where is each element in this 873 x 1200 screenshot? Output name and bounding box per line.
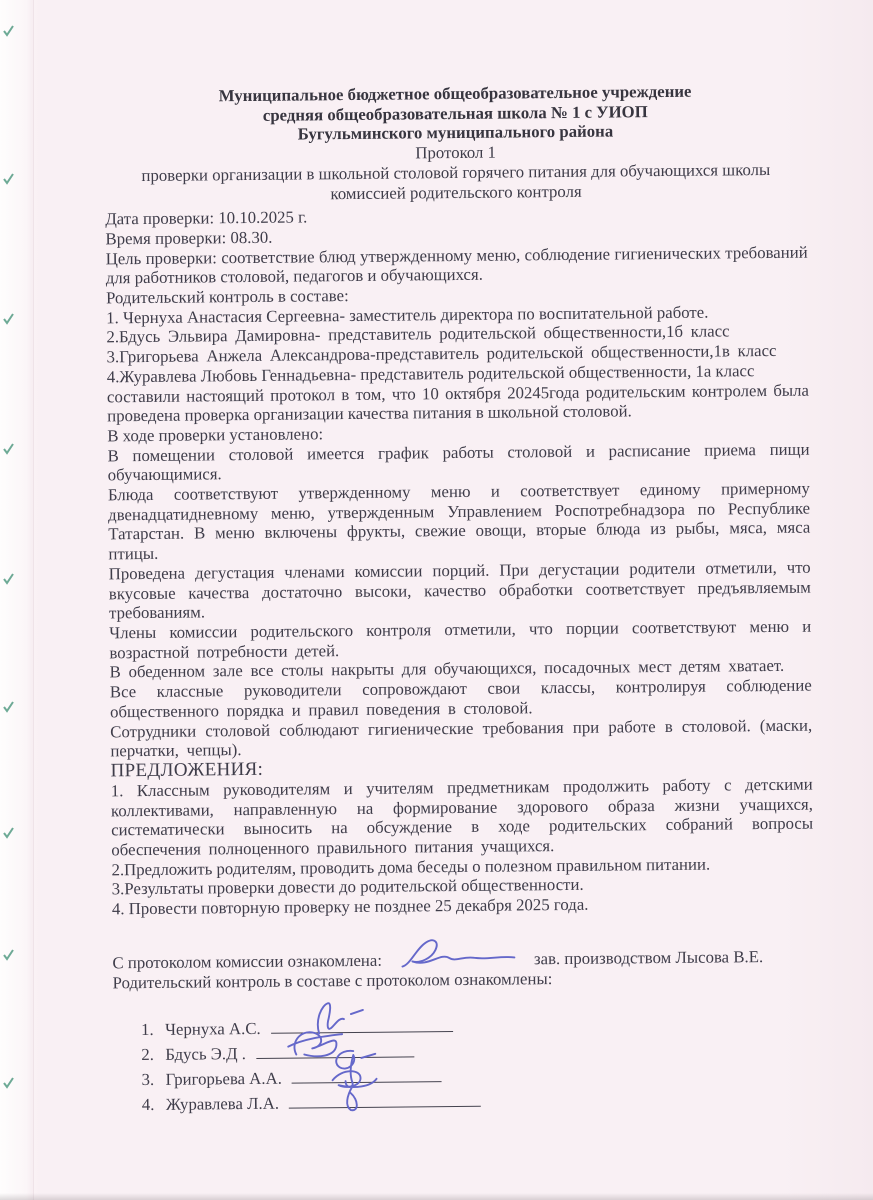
scan-artifact-check-icon xyxy=(2,442,15,455)
signature-row-zhuravleva: 4. Журавлева Л.А. xyxy=(142,1087,816,1118)
signatory-number: 2. xyxy=(141,1044,165,1064)
paragraph-finding-schedule: В помещении столовой имеется график рабо… xyxy=(107,439,809,485)
paragraph-finding-teachers: Все классные руководители сопровождают с… xyxy=(110,676,812,722)
scan-artifact-check-icon xyxy=(2,312,15,325)
scan-artifact-check-icon xyxy=(2,948,15,961)
scan-bottom-shadow xyxy=(0,1193,873,1200)
commission-acknowledgement-row: С протоколом комиссии ознакомлена: зав. … xyxy=(112,932,814,973)
signatory-number: 3. xyxy=(141,1069,165,1089)
protocol-body: Дата проверки: 10.10.2025 г. Время прове… xyxy=(105,203,814,919)
scan-artifact-check-icon xyxy=(2,826,15,839)
signature-line xyxy=(289,1090,481,1108)
org-header: Муниципальное бюджетное общеобразователь… xyxy=(104,81,807,206)
signatory-name: Чернуха А.С. xyxy=(165,1018,261,1039)
signature-list: 1. Чернуха А.С. 2. Бдусь Э.Д . 3 xyxy=(113,1012,816,1119)
paragraph-finding-staff: Сотрудники столовой соблюдают гигиеничес… xyxy=(110,715,812,761)
signature-zhuravleva xyxy=(317,1065,387,1114)
signatory-number: 4. xyxy=(142,1094,166,1114)
signatory-name: Журавлева Л.А. xyxy=(166,1093,279,1114)
scan-artifact-check-icon xyxy=(2,700,15,713)
paragraph-finding-menu: Блюда соответствуют утвержденному меню и… xyxy=(108,479,811,565)
signatory-name: Бдусь Э.Д . xyxy=(165,1044,246,1064)
paragraph-protocol-statement: составили настоящий протокол в том, что … xyxy=(107,380,809,426)
paragraph-goal: Цель проверки: соответствие блюд утвержд… xyxy=(106,242,808,288)
commission-ack-name: зав. производством Лысова В.Е. xyxy=(534,947,763,969)
scan-artifact-check-icon xyxy=(2,172,15,185)
scan-artifact-check-icon xyxy=(2,1076,15,1089)
paragraph-finding-tasting: Проведена дегустация членами комиссии по… xyxy=(109,557,812,623)
document-content: Муниципальное бюджетное общеобразователь… xyxy=(104,81,816,1119)
scan-artifact-check-icon xyxy=(2,24,15,37)
signatory-name: Григорьева А.А. xyxy=(165,1068,282,1089)
commission-ack-label: С протоколом комиссии ознакомлена: xyxy=(112,951,382,973)
signatory-number: 1. xyxy=(141,1019,165,1039)
scan-artifact-check-icon xyxy=(2,572,15,585)
acknowledgement-section: С протоколом комиссии ознакомлена: зав. … xyxy=(112,932,814,992)
paragraph-finding-portions: Члены комиссии родительского контроля от… xyxy=(109,617,811,663)
paragraph-proposal-1: 1. Классным руководителям и учителям пре… xyxy=(111,775,814,861)
